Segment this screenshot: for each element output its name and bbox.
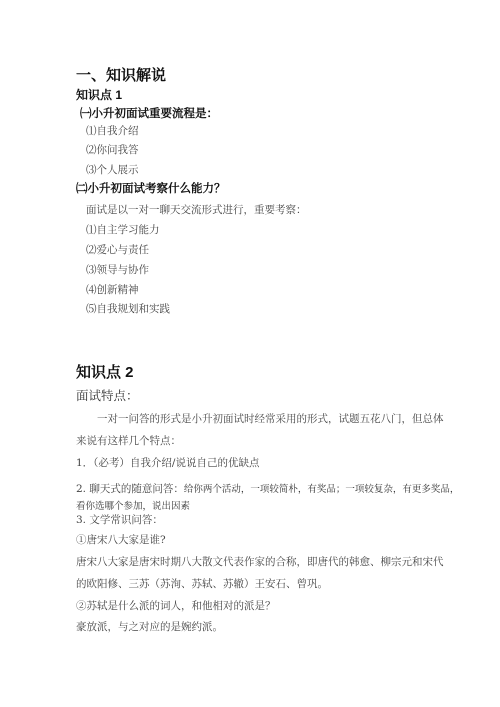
- question-2-intro: 面试是以一对一聊天交流形式进行，重要考察：: [86, 205, 307, 216]
- question-2-title: ㈡小升初面试考察什么能力？: [76, 184, 226, 196]
- knowledge-point-2-title: 知识点 2: [76, 365, 134, 380]
- list-item: ⑷创新精神: [86, 285, 139, 296]
- section-title: 一、知识解说: [76, 68, 166, 83]
- feature-item-2-head: 2. 聊天式的随意问答：: [76, 483, 184, 495]
- feature-item-3: 3. 文学常识问答：: [76, 515, 163, 526]
- list-item: ⑶个人展示: [86, 165, 139, 176]
- qa-question-2: ②苏轼是什么派的词人，和他相对的派是？: [76, 601, 276, 612]
- feature-item-2-line2: 看你选哪个参加，说出因素: [76, 502, 190, 512]
- list-item: ⑴自我介绍: [86, 126, 139, 137]
- paragraph-line: 来说有这样几个特点：: [76, 436, 181, 447]
- feature-item-1: 1．（必考）自我介绍/说说自己的优缺点: [76, 458, 259, 469]
- qa-answer-1-line1: 唐宋八大家是唐宋时期八大散文代表作家的合称，即唐代的韩愈、柳宗元和宋代: [76, 557, 444, 568]
- list-item: ⑶领导与协作: [86, 265, 149, 276]
- question-1-title: ㈠小升初面试重要流程是：: [80, 109, 218, 121]
- knowledge-point-1-title: 知识点 1: [76, 89, 122, 101]
- feature-item-2-tail: 给你两个活动，一项较简朴，有奖品；一项较复杂，有更多奖品，: [184, 484, 460, 495]
- qa-answer-2: 豪放派，与之对应的是婉约派。: [76, 622, 223, 633]
- paragraph-line: 一对一问答的形式是小升初面试时经常采用的形式，试题五花八门，但总体: [97, 414, 444, 425]
- list-item: ⑸自我规划和实践: [86, 304, 170, 315]
- features-subtitle: 面试特点：: [76, 390, 139, 403]
- qa-answer-1-line2: 的欧阳修、三苏（苏洵、苏轼、苏辙）王安石、曾巩。: [76, 579, 328, 590]
- list-item: ⑴自主学习能力: [86, 225, 160, 236]
- list-item: ⑵爱心与责任: [86, 245, 149, 256]
- list-item: ⑵你问我答: [86, 145, 139, 156]
- feature-item-2: 2. 聊天式的随意问答：给你两个活动，一项较简朴，有奖品；一项较复杂，有更多奖品…: [76, 480, 459, 496]
- qa-question-1: ①唐宋八大家是谁?: [76, 535, 166, 546]
